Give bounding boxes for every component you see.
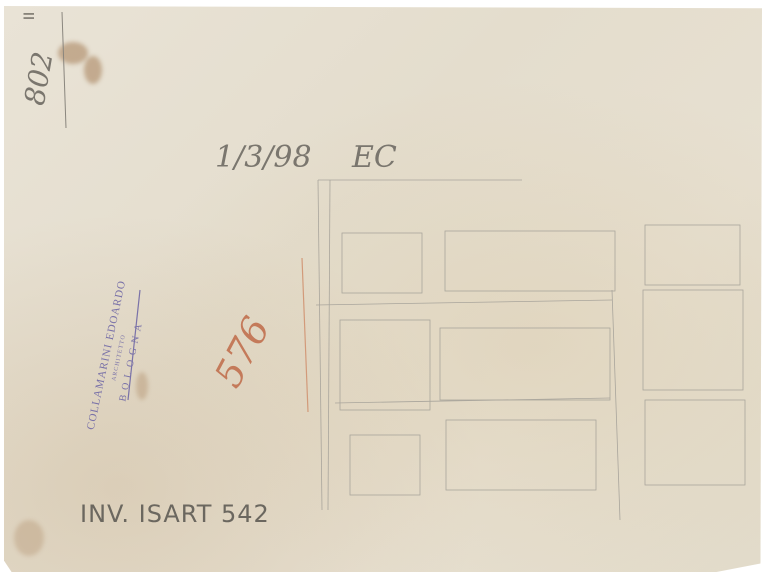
- initials-note: EC: [352, 140, 397, 175]
- date-note: 1/3/98: [215, 140, 312, 175]
- roman-numeral-mark: II: [22, 12, 38, 20]
- inventory-number: INV. ISART 542: [80, 500, 270, 528]
